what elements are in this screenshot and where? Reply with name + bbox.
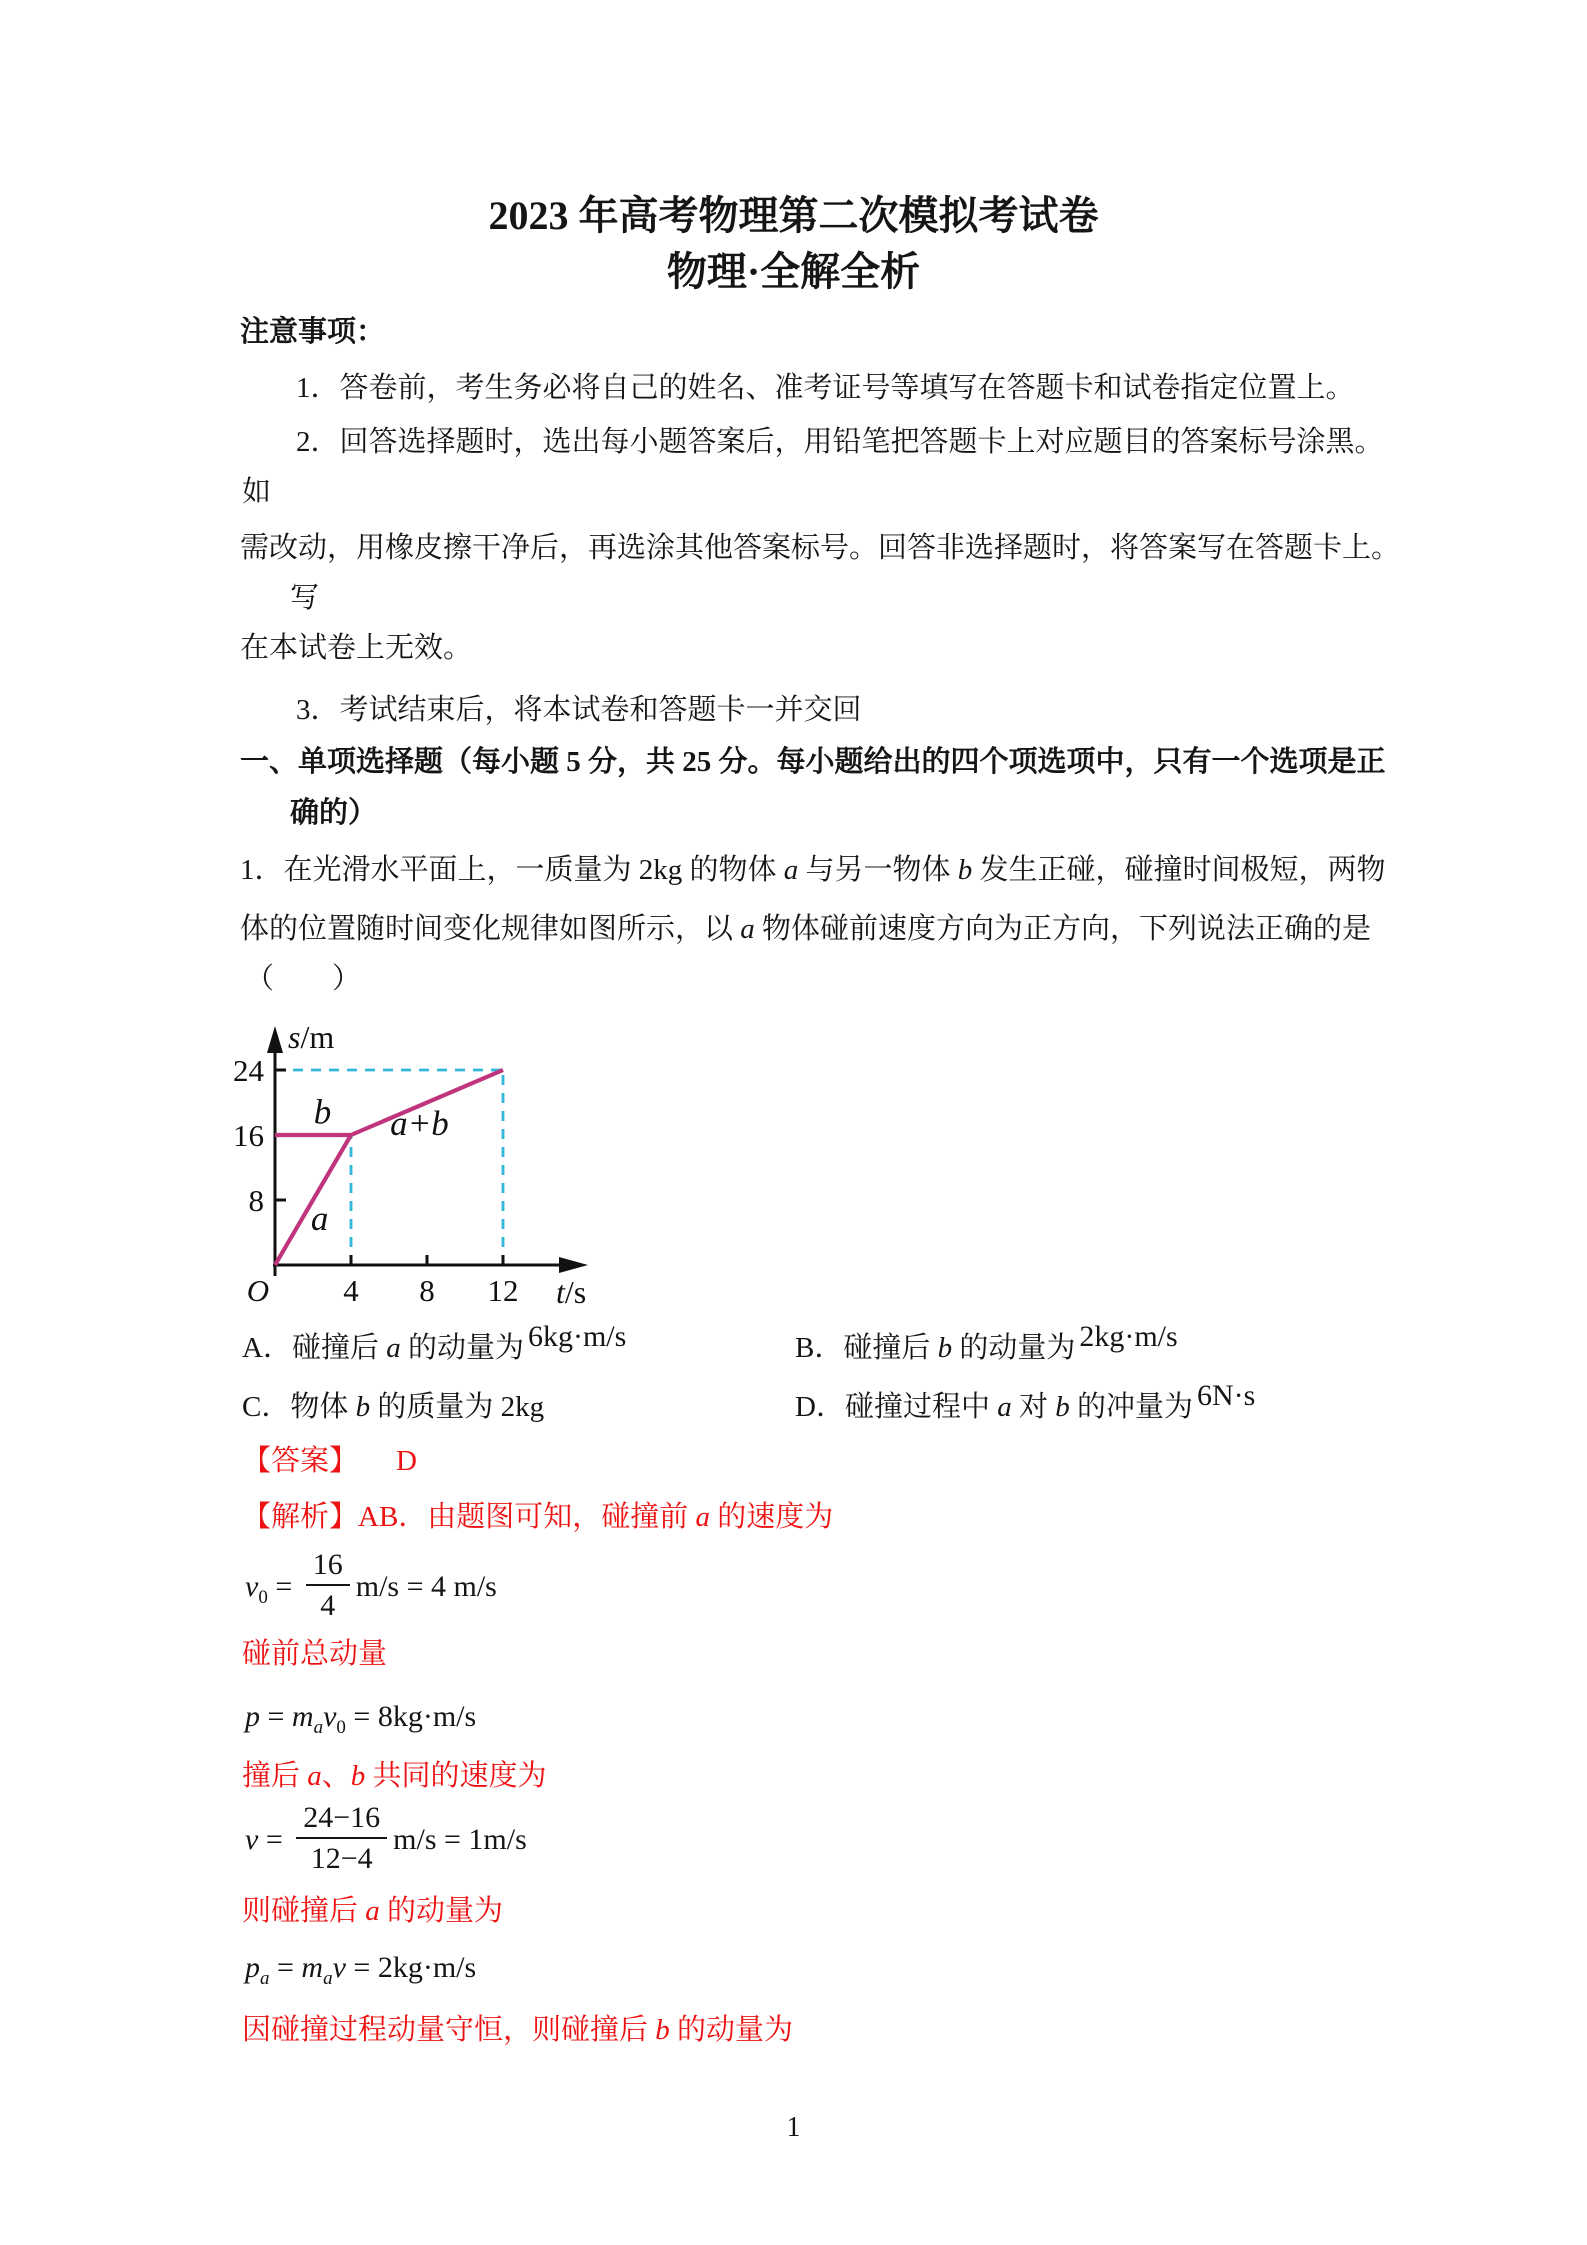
option-a: A．碰撞后 a 的动量为6kg·m/s bbox=[242, 1328, 626, 1368]
option-c: C．物体 b 的质量为 2kg bbox=[242, 1387, 544, 1427]
analysis-formula-3: v = 24−1612−4m/s = 1m/s bbox=[245, 1805, 527, 1879]
notice-item-2: 2．回答选择题时，选出每小题答案后，用铅笔把答题卡上对应题目的答案标号涂黑。 bbox=[296, 422, 1384, 462]
analysis-formula-1: v0 = 164m/s = 4 m/s bbox=[245, 1552, 497, 1626]
question-1-line-1: 1．在光滑水平面上，一质量为 2kg 的物体 a 与另一物体 b 发生正碰，碰撞… bbox=[240, 850, 1386, 890]
svg-text:8: 8 bbox=[249, 1183, 265, 1218]
position-time-chart: 816244812Oaba+bs/mt/s bbox=[160, 1018, 600, 1323]
position-time-chart-svg: 816244812Oaba+bs/mt/s bbox=[160, 1018, 600, 1318]
svg-text:s/m: s/m bbox=[288, 1019, 334, 1055]
doc-subtitle: 物理·全解全析 bbox=[0, 248, 1587, 296]
svg-text:a+b: a+b bbox=[390, 1104, 449, 1143]
page-number: 1 bbox=[0, 2108, 1587, 2148]
notice-heading: 注意事项： bbox=[240, 312, 385, 352]
option-d: D．碰撞过程中 a 对 b 的冲量为6N·s bbox=[795, 1387, 1255, 1427]
svg-text:t/s: t/s bbox=[556, 1274, 586, 1310]
analysis-line-5: 因碰撞过程动量守恒，则碰撞后 b 的动量为 bbox=[242, 2010, 793, 2050]
svg-text:b: b bbox=[314, 1093, 332, 1132]
svg-text:4: 4 bbox=[343, 1273, 359, 1308]
svg-text:O: O bbox=[247, 1273, 269, 1308]
analysis-line-4: 则碰撞后 a 的动量为 bbox=[242, 1891, 503, 1931]
notice-item-2-continued: 需改动，用橡皮擦干净后，再选涂其他答案标号。回答非选择题时，将答案写在答题卡上。 bbox=[240, 528, 1400, 568]
question-1-line-2: 体的位置随时间变化规律如图所示，以 a 物体碰前速度方向为正方向，下列说法正确的… bbox=[240, 909, 1371, 949]
analysis-formula-2: p = mav0 = 8kg·m/s bbox=[245, 1697, 476, 1748]
notice-item-2-wrap-char-1: 如 bbox=[242, 472, 271, 512]
question-1-answer-blank: （ ） bbox=[245, 959, 361, 999]
section-heading-line-2: 确的） bbox=[290, 793, 377, 833]
analysis-line-2: 碰前总动量 bbox=[242, 1634, 387, 1674]
svg-text:8: 8 bbox=[419, 1273, 435, 1308]
analysis-line-1: 【解析】AB．由题图可知，碰撞前 a 的速度为 bbox=[242, 1497, 833, 1537]
option-b: B．碰撞后 b 的动量为2kg·m/s bbox=[795, 1328, 1178, 1368]
svg-text:12: 12 bbox=[488, 1273, 519, 1308]
answer-value: D bbox=[396, 1445, 417, 1477]
notice-item-2-continued-2: 在本试卷上无效。 bbox=[240, 628, 472, 668]
section-heading-line-1: 一、单项选择题（每小题 5 分，共 25 分。每小题给出的四个项选项中，只有一个… bbox=[240, 742, 1386, 782]
svg-text:16: 16 bbox=[233, 1118, 264, 1153]
notice-item-3: 3．考试结束后，将本试卷和答题卡一并交回 bbox=[296, 690, 862, 730]
svg-text:a: a bbox=[311, 1199, 329, 1238]
notice-item-2-wrap-char-2: 写 bbox=[290, 578, 319, 618]
svg-text:24: 24 bbox=[233, 1053, 265, 1088]
notice-item-1: 1．答卷前，考生务必将自己的姓名、准考证号等填写在答题卡和试卷指定位置上。 bbox=[296, 368, 1355, 408]
analysis-line-3: 撞后 a、b 共同的速度为 bbox=[242, 1756, 547, 1796]
answer-label: 【答案】 bbox=[242, 1445, 358, 1477]
exam-page: 2023 年高考物理第二次模拟考试卷 物理·全解全析 注意事项： 1．答卷前，考… bbox=[0, 0, 1587, 2245]
answer-line: 【答案】D bbox=[242, 1441, 417, 1481]
analysis-formula-4: pa = mav = 2kg·m/s bbox=[245, 1948, 476, 1999]
doc-title: 2023 年高考物理第二次模拟考试卷 bbox=[0, 192, 1587, 240]
